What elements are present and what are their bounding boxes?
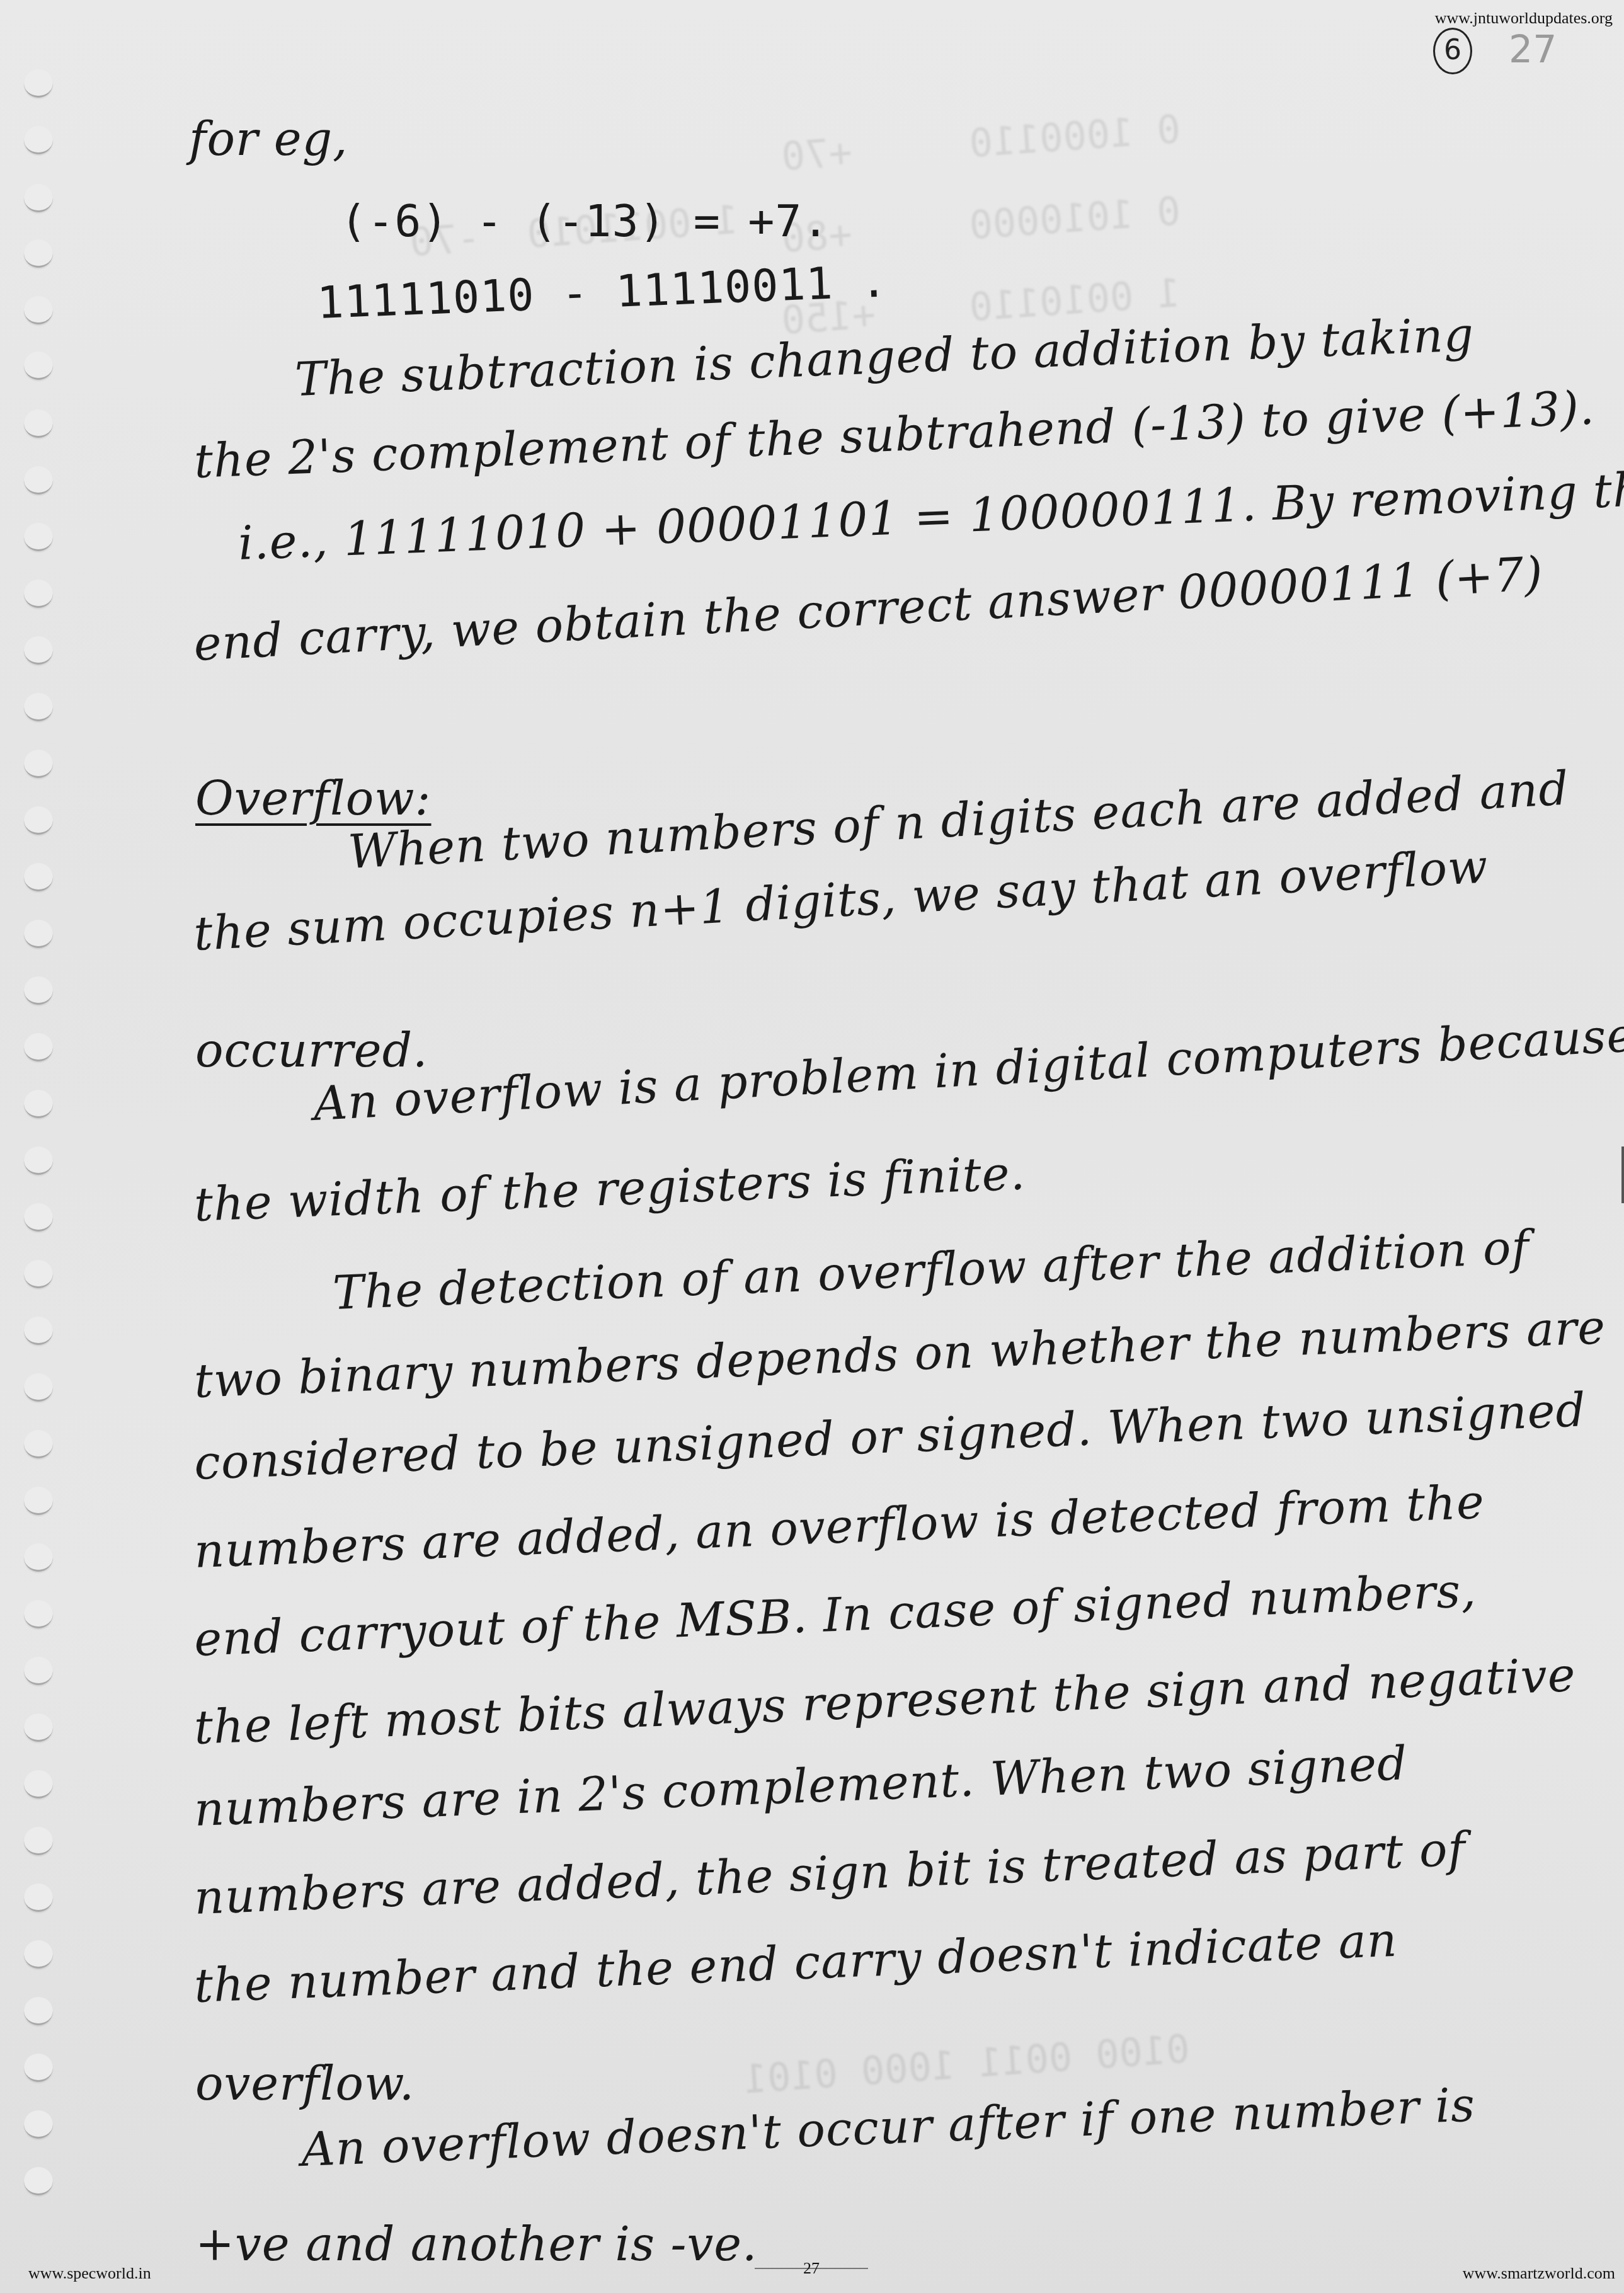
overflow-heading: Overflow: — [195, 772, 432, 826]
bleed-through-text: 0 1010000 +80 — [780, 188, 1182, 261]
scanned-notebook-page: 0 1000110 +70 0 1010000 +80 1 0010110 +1… — [0, 0, 1624, 2293]
paragraph-line: numbers are added, the sign bit is treat… — [193, 1822, 1467, 1925]
binding-hole-icon — [24, 69, 53, 98]
paragraph-line: overflow. — [195, 2057, 415, 2111]
binding-hole-icon — [24, 1827, 53, 1855]
binding-hole-icon — [24, 693, 53, 721]
example-equation: (-6) - (-13) = +7. — [340, 195, 830, 247]
binding-hole-icon — [24, 184, 53, 212]
binding-hole-icon — [24, 239, 53, 268]
binding-hole-icon — [24, 1940, 53, 1969]
binding-hole-icon — [24, 1260, 53, 1288]
binding-hole-icon — [24, 1884, 53, 1912]
binding-hole-icon — [24, 466, 53, 495]
scan-edge-mark — [1621, 1146, 1624, 1203]
paragraph-line: end carry, we obtain the correct answer … — [192, 547, 1544, 672]
binding-hole-icon — [24, 863, 53, 891]
paragraph-line: numbers are in 2's complement. When two … — [193, 1736, 1409, 1837]
source-watermark-url: www.jntuworldupdates.org — [1435, 9, 1613, 28]
paragraph-line: numbers are added, an overflow is detect… — [193, 1475, 1485, 1579]
footer-left-url: www.specworld.in — [28, 2264, 151, 2283]
binding-hole-icon — [24, 1543, 53, 1572]
binding-hole-icon — [24, 523, 53, 551]
binding-hole-icon — [24, 126, 53, 154]
binding-hole-icon — [24, 1600, 53, 1628]
bleed-through-text: 0 1000110 +70 — [780, 106, 1182, 180]
binding-hole-icon — [24, 1203, 53, 1232]
binding-hole-icon — [24, 1146, 53, 1175]
binding-hole-icon — [24, 920, 53, 948]
paragraph-line: the width of the registers is finite. — [193, 1146, 1027, 1232]
binding-hole-icon — [24, 2054, 53, 2082]
intro-label: for eg, — [189, 112, 348, 166]
binding-hole-icon — [24, 2110, 53, 2139]
binding-hole-icon — [24, 296, 53, 324]
binding-hole-icon — [24, 1487, 53, 1515]
paragraph-line: +ve and another is -ve. — [195, 2217, 758, 2272]
binding-hole-icon — [24, 1033, 53, 1061]
footer-right-url: www.smartzworld.com — [1463, 2264, 1615, 2283]
page-number-text: 27 — [801, 2259, 822, 2277]
binding-hole-icon — [24, 1770, 53, 1798]
binding-hole-icon — [24, 409, 53, 438]
paragraph-line: occurred. — [195, 1024, 428, 1078]
binding-hole-icon — [24, 976, 53, 1005]
circled-unit-number: 6 — [1433, 28, 1472, 74]
paragraph-line: An overflow doesn't occur after if one n… — [300, 2078, 1477, 2177]
handwritten-page-number: 27 — [1509, 28, 1557, 72]
binding-hole-icon — [24, 352, 53, 380]
binding-hole-icon — [24, 750, 53, 778]
paragraph-line: the number and the end carry doesn't ind… — [193, 1913, 1398, 2013]
binding-hole-icon — [24, 1317, 53, 1345]
binding-hole-icon — [24, 580, 53, 608]
footer-page-number: 27 — [755, 2259, 868, 2278]
binding-hole-icon — [24, 1430, 53, 1458]
binding-hole-icon — [24, 1657, 53, 1685]
paragraph-line: The detection of an overflow after the a… — [332, 1220, 1531, 1320]
binding-hole-icon — [24, 1090, 53, 1118]
binding-hole-icon — [24, 806, 53, 835]
binding-hole-icon — [24, 1373, 53, 1402]
binding-hole-icon — [24, 2167, 53, 2195]
paragraph-line: end carryout of the MSB. In case of sign… — [193, 1564, 1477, 1667]
binding-holes — [24, 69, 62, 2262]
binding-hole-icon — [24, 1713, 53, 1742]
binding-hole-icon — [24, 636, 53, 665]
binding-hole-icon — [24, 1997, 53, 2025]
paragraph-line: An overflow is a problem in digital comp… — [312, 1008, 1624, 1131]
